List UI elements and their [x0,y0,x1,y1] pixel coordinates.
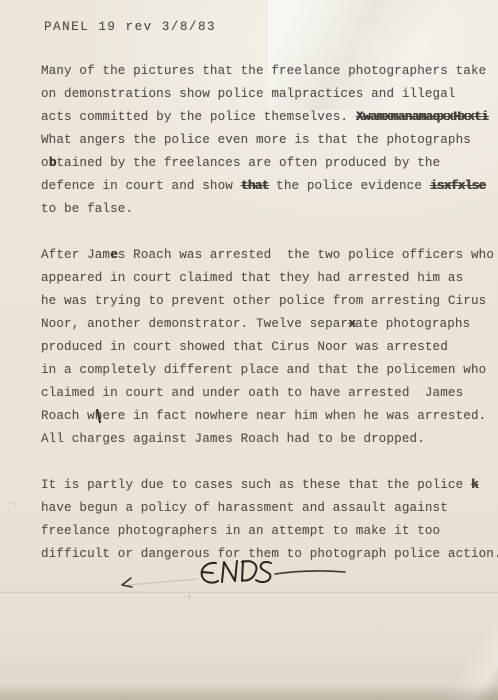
page-title: PANEL 19 rev 3/8/83 [44,20,216,34]
text-segment: What angers the police even more is that… [41,133,471,147]
text-line: Roach where in fact nowhere near him whe… [41,405,497,428]
paragraph-2: After James Roach was arrested the two p… [41,244,497,451]
text-segment: tained by the freelances are often produ… [56,156,440,170]
text-line: claimed in court and under oath to have … [41,382,497,405]
overstruck-text: k [471,478,478,492]
handwritten-note-text: ENDS [0,0,1,1]
text-segment: have begun a policy of harassment and as… [41,501,448,515]
text-line: in a completely different place and that… [41,359,497,382]
overstruck-text: XwamxmanamaqxxHxxti [356,110,488,124]
text-line: After James Roach was arrested the two p… [41,244,497,267]
overstruck-text: that [241,179,269,193]
left-margin-mark [8,502,16,505]
text-line: to be false. [41,198,497,221]
paragraph-1: Many of the pictures that the freelance … [41,60,497,221]
typewritten-body: Many of the pictures that the freelance … [41,60,497,589]
text-line: on demonstrations show police malpractic… [41,83,497,106]
text-segment: defence in court and show [41,179,241,193]
text-segment: difficult or dangerous for them to photo… [41,547,498,561]
text-segment: he was trying to prevent other police fr… [41,294,486,308]
text-line: Many of the pictures that the freelance … [41,60,497,83]
typewritten-page: PANEL 19 rev 3/8/83 Many of the pictures… [0,0,498,700]
text-line: have begun a policy of harassment and as… [41,497,497,520]
text-segment: Many of the pictures that the freelance … [41,64,486,78]
text-line: he was trying to prevent other police fr… [41,290,497,313]
text-segment: produced in court showed that Cirus Noor… [41,340,448,354]
text-segment: s Roach was arrested the two police offi… [118,248,494,262]
text-line: What angers the police even more is that… [41,129,497,152]
text-line: difficult or dangerous for them to photo… [41,543,497,566]
overstruck-text: isxfxlse [430,179,486,193]
text-line: acts committed by the police themselves.… [41,106,497,129]
text-segment: ate photographs [355,317,470,331]
text-line: All charges against James Roach had to b… [41,428,497,451]
text-line: It is partly due to cases such as these … [41,474,497,497]
text-line: freelance photographers in an attempt to… [41,520,497,543]
text-segment: on demonstrations show police malpractic… [41,87,456,101]
text-segment: freelance photographers in an attempt to… [41,524,440,538]
text-line: obtained by the freelances are often pro… [41,152,497,175]
text-segment: acts committed by the police themselves. [41,110,356,124]
text-line: appeared in court claimed that they had … [41,267,497,290]
paragraph-3: It is partly due to cases such as these … [41,474,497,566]
text-segment: in a completely different place and that… [41,363,486,377]
text-segment: to be false. [41,202,133,216]
text-line: produced in court showed that Cirus Noor… [41,336,497,359]
text-segment: Roach w [41,409,95,423]
text-segment: ere in fact nowhere near him when he was… [102,409,486,423]
text-line: Noor, another demonstrator. Twelve separ… [41,313,497,336]
paper-corner-fold [428,625,498,700]
stray-pencil-mark [188,596,190,599]
paper-crease-mid [0,591,498,595]
text-segment: It is partly due to cases such as these … [41,478,471,492]
text-segment: appeared in court claimed that they had … [41,271,463,285]
text-segment: Noor, another demonstrator. Twelve separ [41,317,348,331]
overtyped-char: e [110,248,118,262]
paper-bottom-shadow [0,684,498,700]
text-segment: the police evidence [268,179,429,193]
text-segment: claimed in court and under oath to have … [41,386,463,400]
text-line: defence in court and show that the polic… [41,175,497,198]
text-segment: o [41,156,49,170]
text-segment: All charges against James Roach had to b… [41,432,425,446]
text-segment: After Jam [41,248,110,262]
